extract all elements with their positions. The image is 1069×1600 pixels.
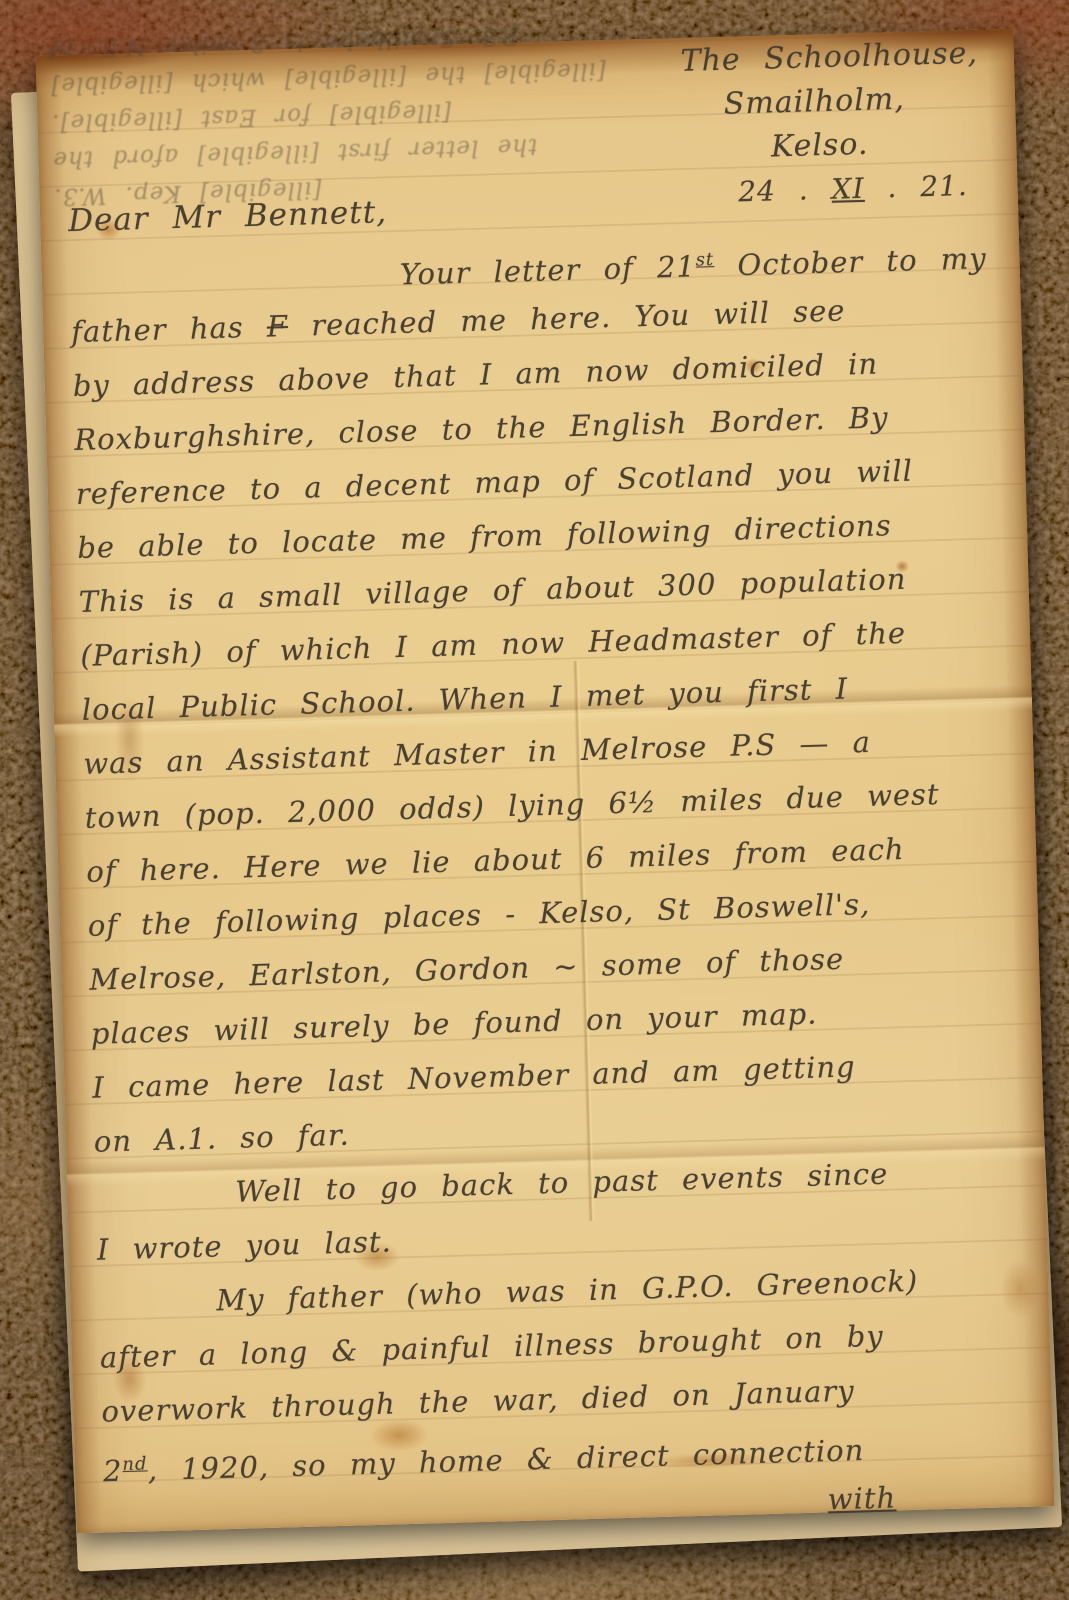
- body-text: father has: [71, 310, 268, 349]
- address-line-schoolhouse: The Schoolhouse,: [680, 32, 979, 84]
- date-day: 24 .: [738, 173, 832, 209]
- ordinal-superscript: nd: [122, 1453, 148, 1475]
- date-line: 24 . XI . 21.: [684, 164, 983, 216]
- date-year: . 21.: [864, 169, 968, 205]
- body-text: reached me here. You will see: [288, 293, 846, 343]
- postscript-upside-down: [illegible] Kep. W.3. the letter first […: [49, 14, 614, 215]
- ordinal-superscript: st: [695, 249, 714, 271]
- catchword: with: [827, 1480, 896, 1516]
- letter-page: [illegible] Kep. W.3. the letter first […: [36, 29, 1055, 1534]
- date-month-roman: XI: [831, 172, 865, 206]
- body-text: 2: [103, 1454, 123, 1489]
- body-text: Your letter of 21: [399, 249, 696, 291]
- letter-body: Your letter of 21st October to my father…: [69, 225, 1025, 1546]
- body-text: October to my: [714, 241, 987, 283]
- letter-heading: The Schoolhouse, Smailholm, Kelso. 24 . …: [680, 32, 982, 216]
- struck-out-letter: F: [266, 309, 288, 344]
